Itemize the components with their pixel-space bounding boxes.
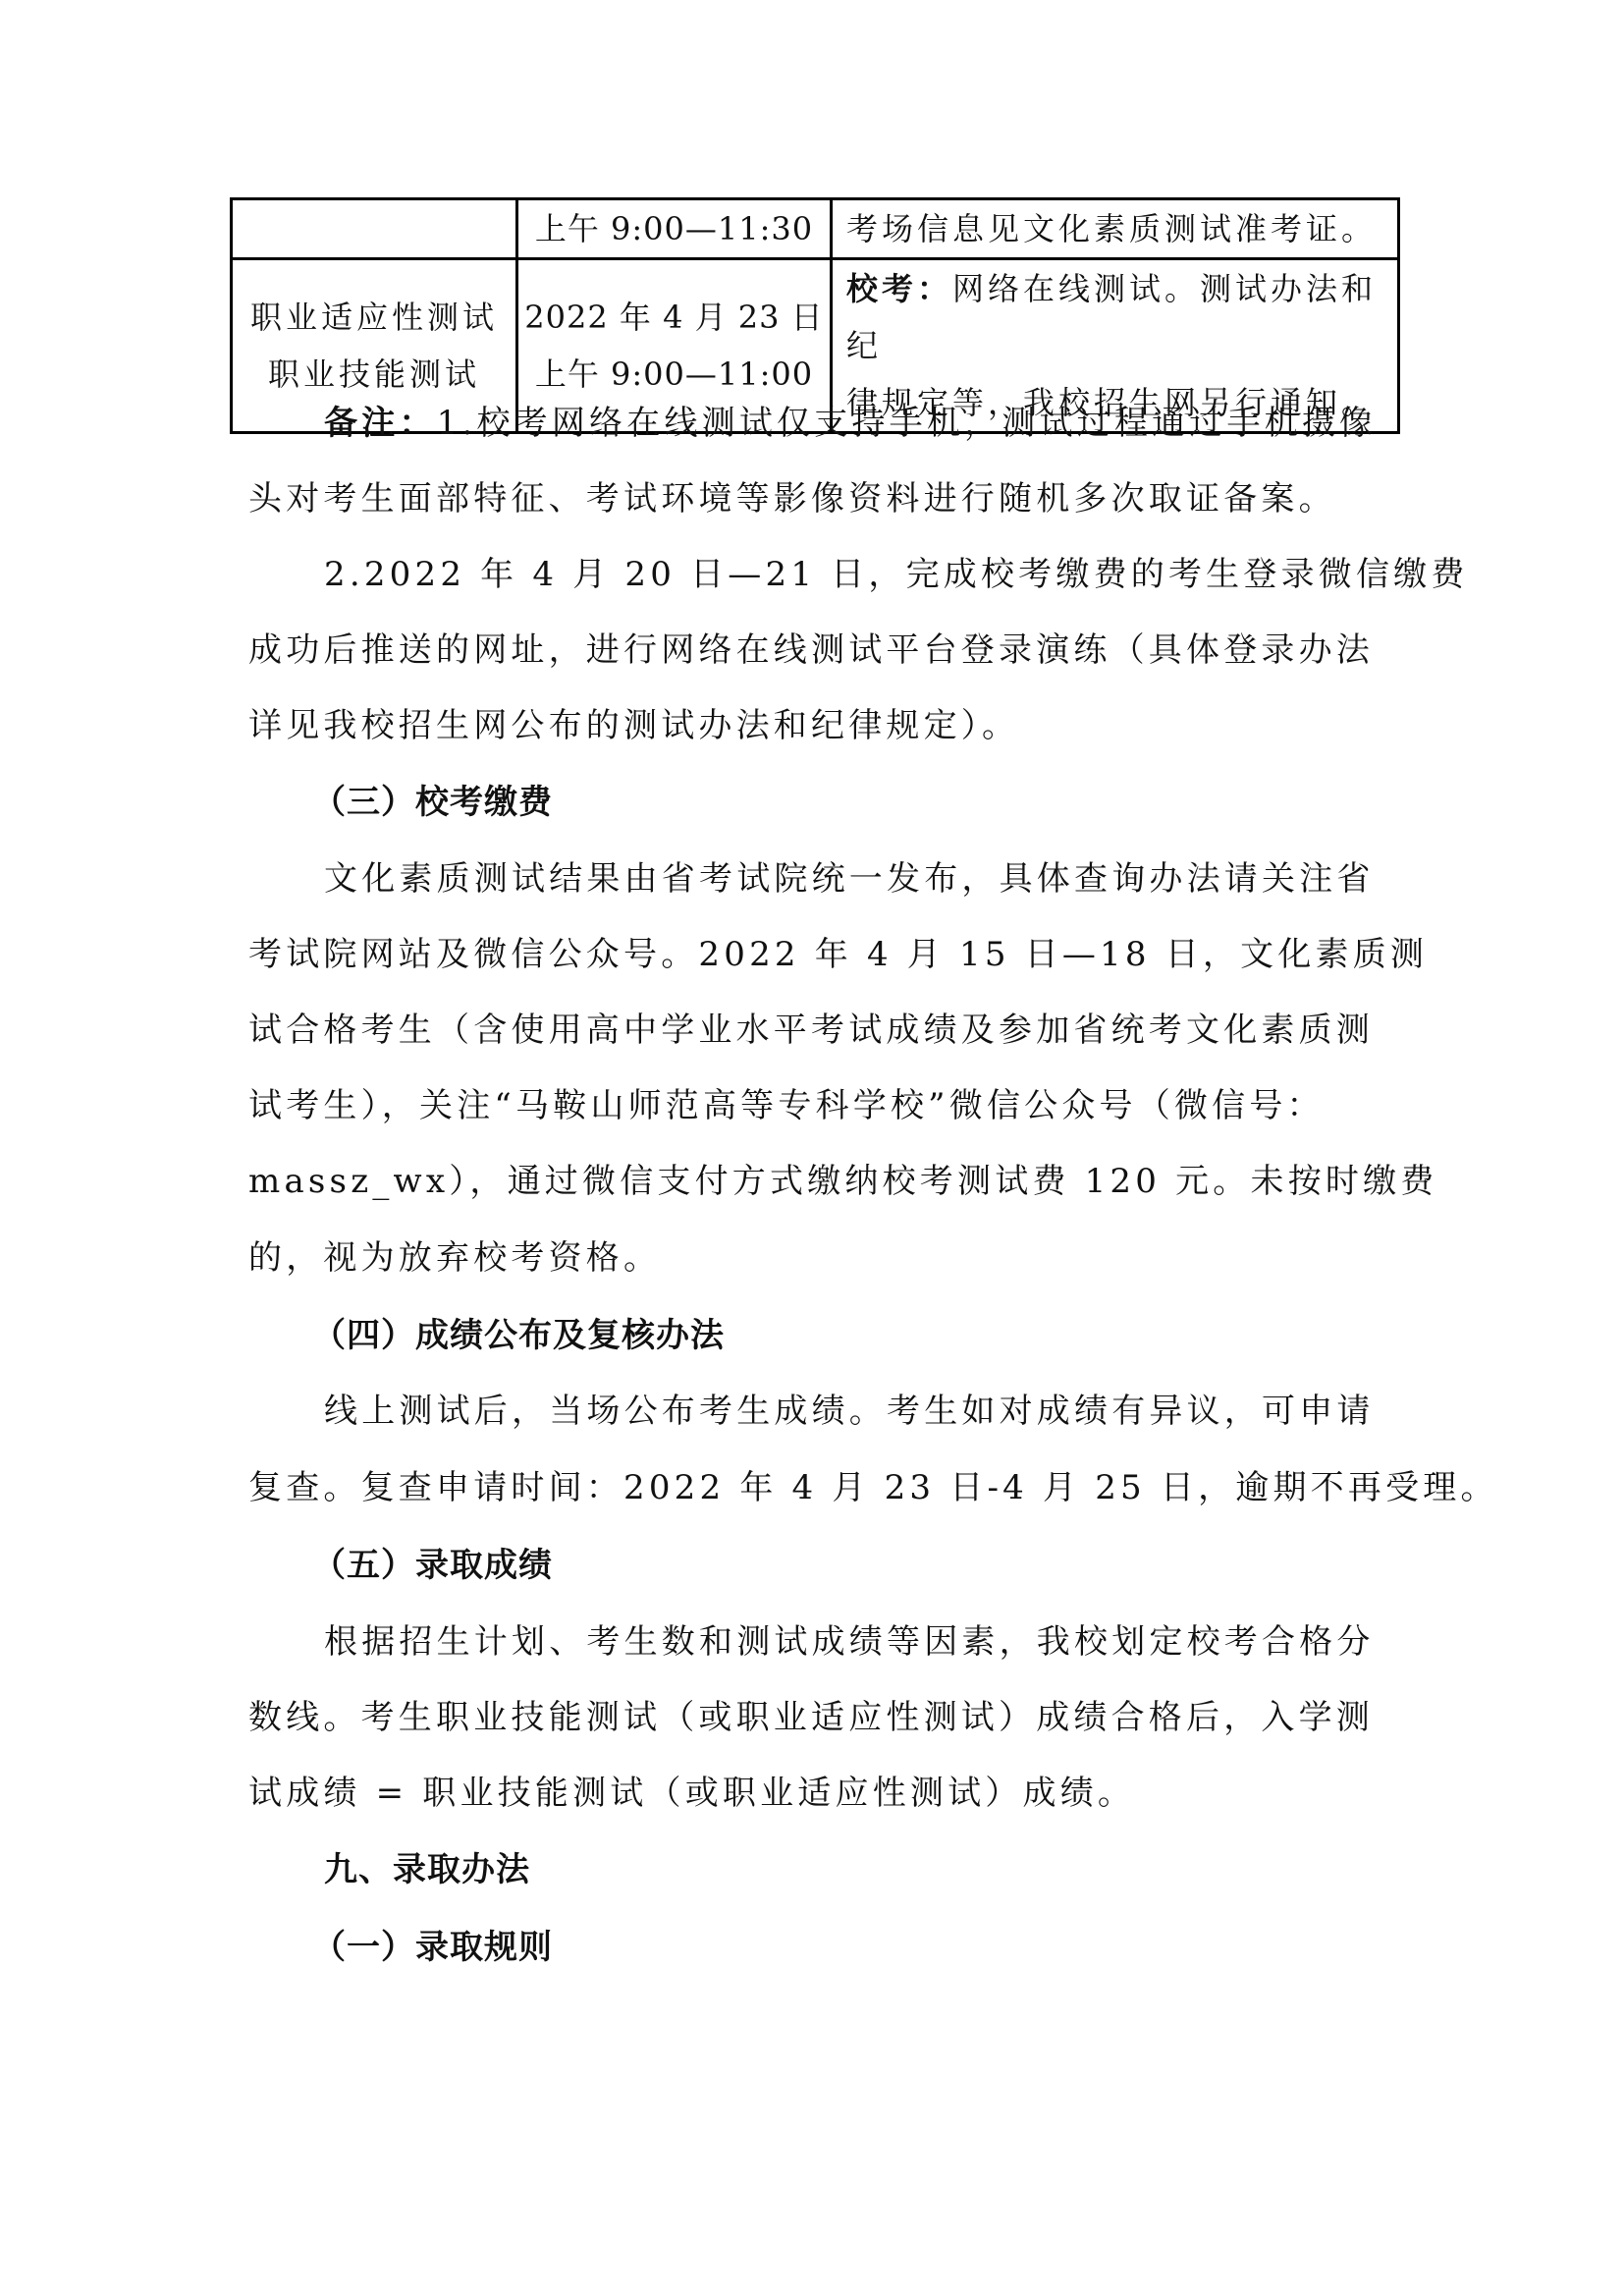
- notes-line: 头对考生面部特征、考试环境等影像资料进行随机多次取证备案。: [248, 462, 1387, 537]
- paragraph-line: 线上测试后，当场公布考生成绩。考生如对成绩有异议，可申请: [324, 1374, 1387, 1449]
- table-cell-subject: [232, 199, 517, 259]
- notes-line: 成功后推送的网址，进行网络在线测试平台登录演练（具体登录办法: [248, 613, 1387, 688]
- notes-line: 详见我校招生网公布的测试办法和纪律规定）。: [248, 688, 1387, 764]
- paragraph-line: 考试院网站及微信公众号。2022 年 4 月 15 日—18 日，文化素质测: [248, 917, 1387, 993]
- document-page: 上午 9:00—11:30 考场信息见文化素质测试准考证。 职业适应性测试 职业…: [0, 0, 1624, 2296]
- section-heading: （五）录取成绩: [312, 1528, 1451, 1604]
- paragraph-line: 试考生），关注“马鞍山师范高等专科学校”微信公众号（微信号：: [248, 1068, 1387, 1144]
- paragraph-line: 的，视为放弃校考资格。: [248, 1221, 1387, 1296]
- subsection-heading: （一）录取规则: [312, 1910, 1451, 1986]
- paragraph-line: 试成绩 = 职业技能测试（或职业适应性测试）成绩。: [248, 1756, 1387, 1831]
- paragraph-line: 文化素质测试结果由省考试院统一发布，具体查询办法请关注省: [324, 842, 1387, 917]
- paragraph-line: 数线。考生职业技能测试（或职业适应性测试）成绩合格后，入学测: [248, 1680, 1387, 1756]
- paragraph-line: 复查。复查申请时间：2022 年 4 月 23 日-4 月 25 日，逾期不再受…: [248, 1450, 1387, 1526]
- notes-line: 2.2022 年 4 月 20 日—21 日，完成校考缴费的考生登录微信缴费: [324, 537, 1387, 613]
- section-heading: （四）成绩公布及复核办法: [312, 1298, 1451, 1374]
- paragraph-line: 试合格考生（含使用高中学业水平考试成绩及参加省统考文化素质测: [248, 993, 1387, 1068]
- section-heading: （三）校考缴费: [312, 765, 1451, 841]
- paragraph-line: 根据招生计划、考生数和测试成绩等因素，我校划定校考合格分: [324, 1605, 1387, 1680]
- table-row: 上午 9:00—11:30 考场信息见文化素质测试准考证。: [232, 199, 1399, 259]
- paragraph-line: massz_wx），通过微信支付方式缴纳校考测试费 120 元。未按时缴费: [248, 1144, 1387, 1220]
- table-cell-time: 上午 9:00—11:30: [517, 199, 832, 259]
- exam-type-label: 校考：: [846, 270, 952, 307]
- chapter-heading: 九、录取办法: [324, 1832, 1387, 1908]
- table-cell-note: 考场信息见文化素质测试准考证。: [832, 199, 1399, 259]
- notes-line: 备注：1.校考网络在线测试仅支持手机，测试过程通过手机摄像: [324, 386, 1387, 462]
- notes-label: 备注：: [324, 404, 437, 443]
